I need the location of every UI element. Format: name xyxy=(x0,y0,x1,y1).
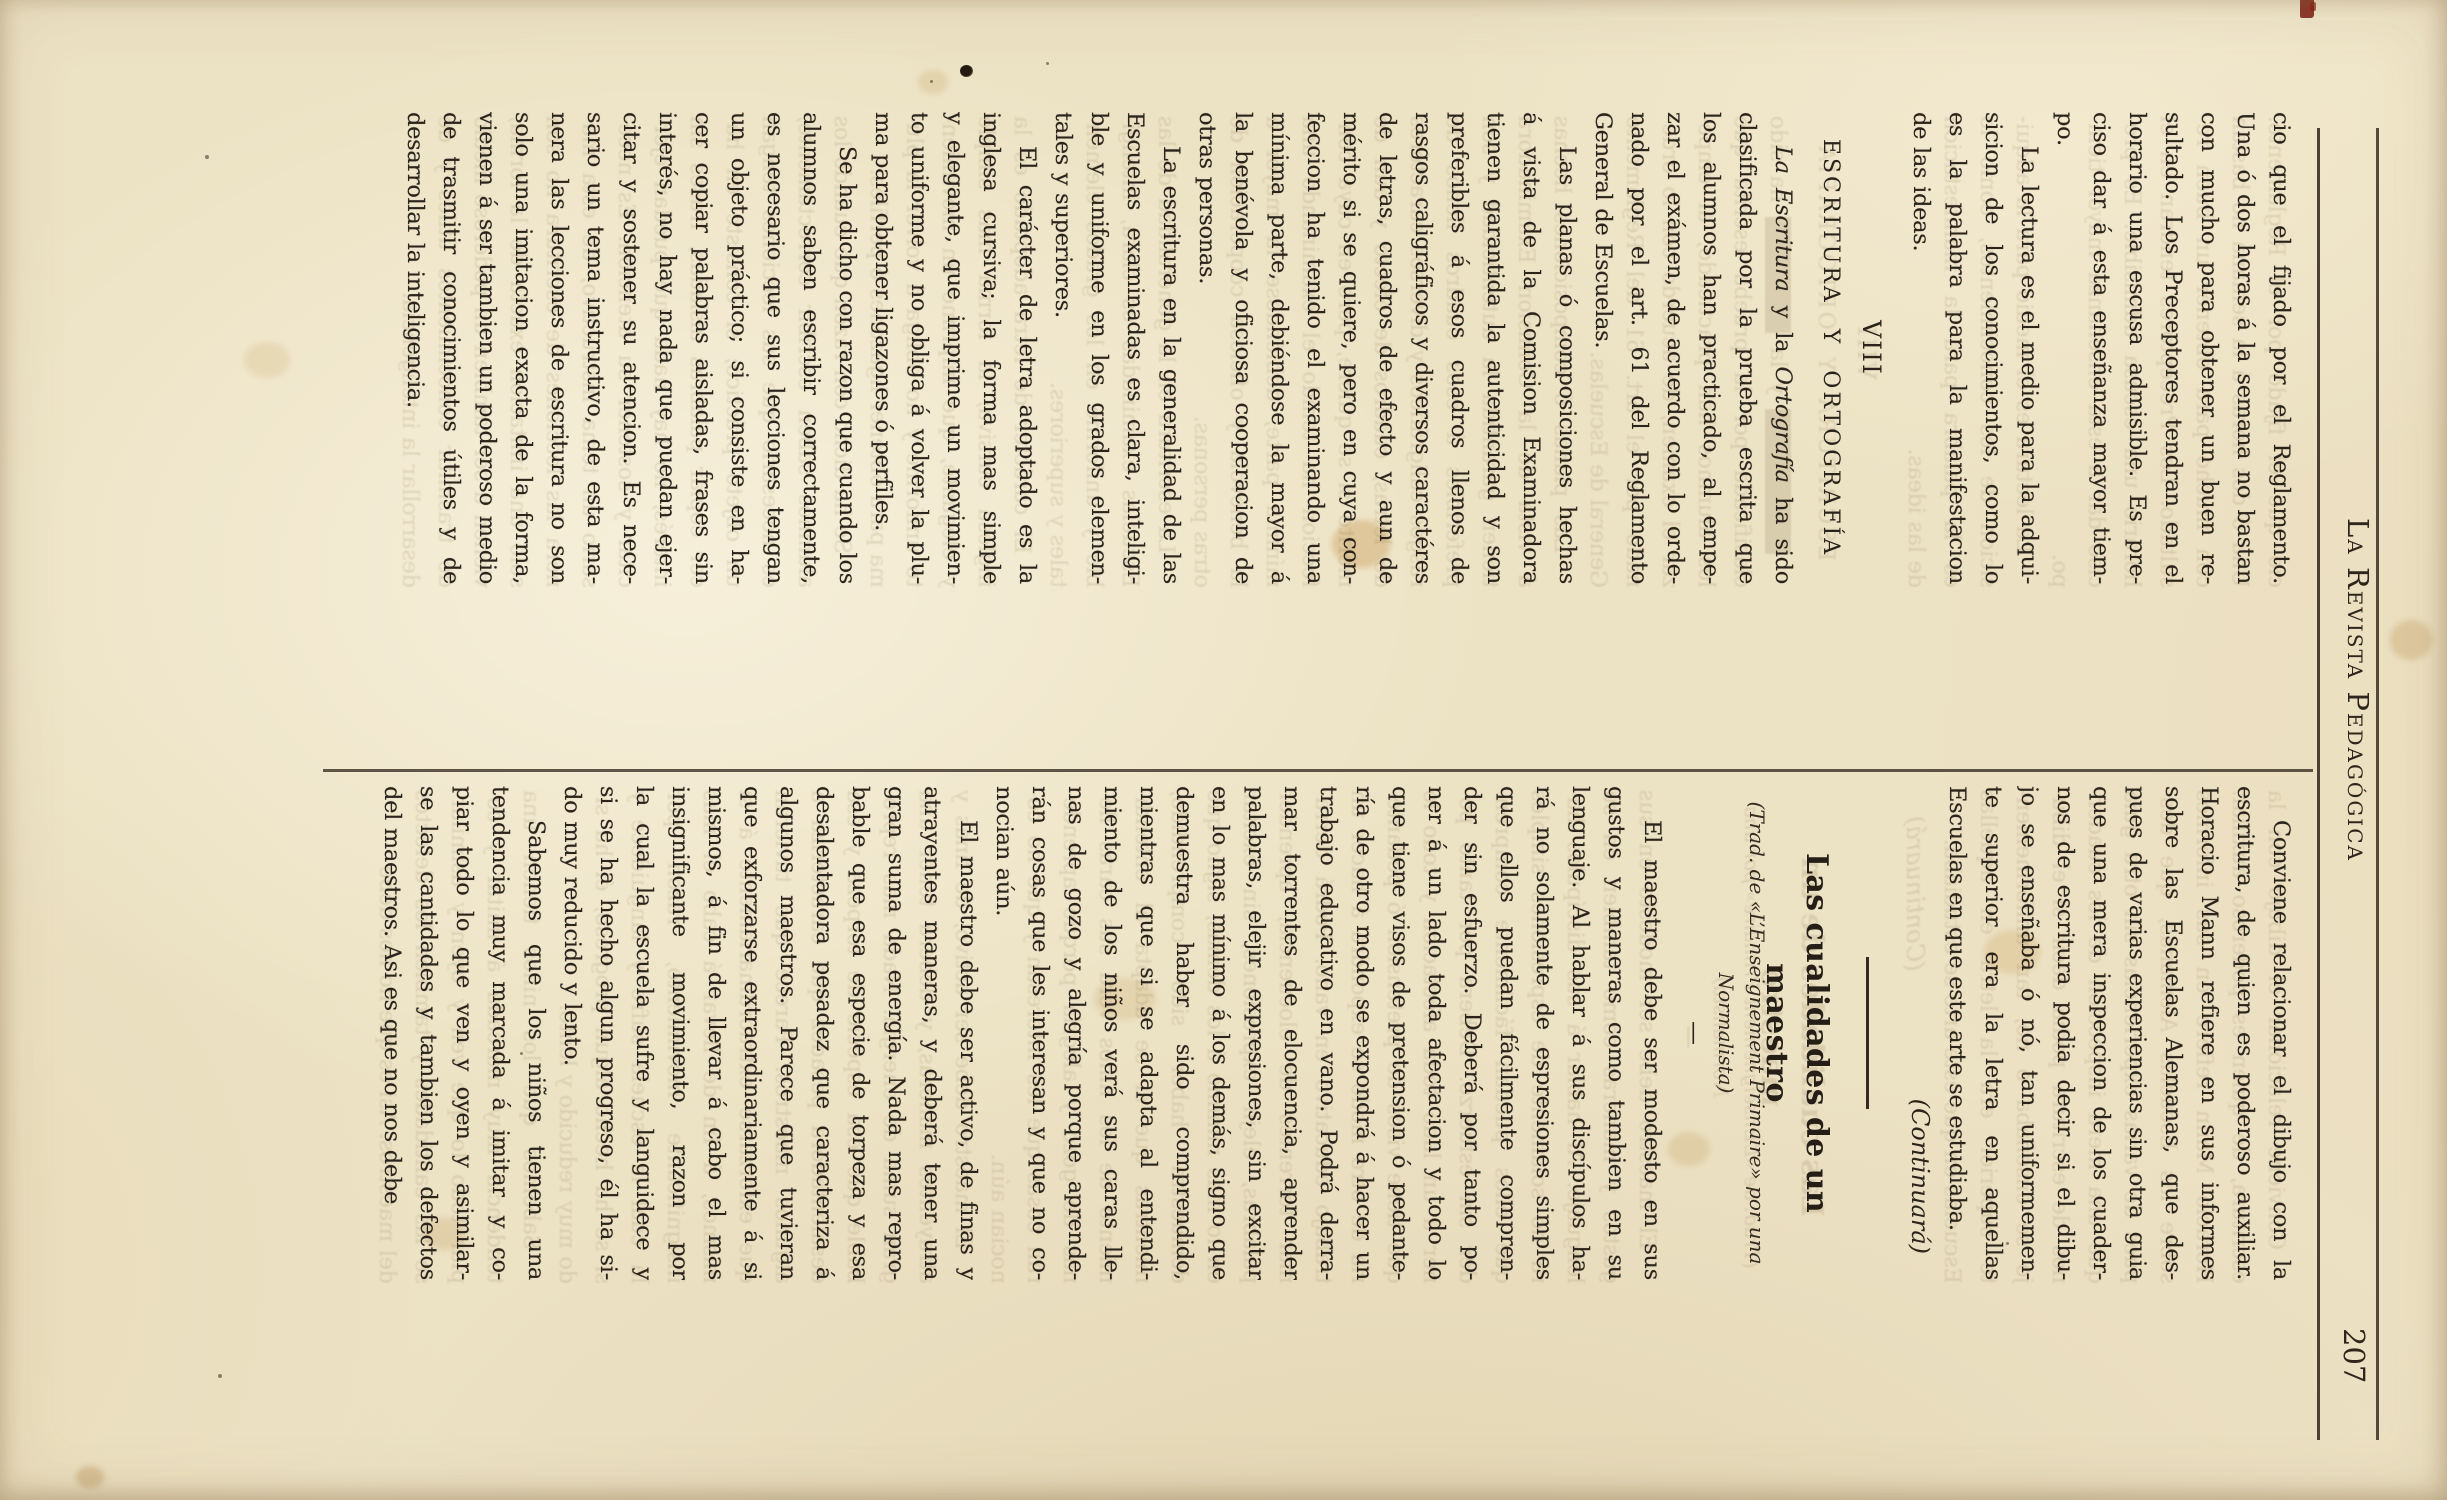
article-title: Las cualidades de un maestro xyxy=(1796,786,1836,1280)
text-line: de letras, cuadros de efecto y aun de xyxy=(1369,112,1405,584)
text-line: escritura, de quien es poderoso auxiliar… xyxy=(2227,786,2263,1280)
text-line: nado por el art. 61 del Reglamento xyxy=(1621,112,1657,584)
scanned-journal-page: La Revista Pedagógica 207 cio que el fij… xyxy=(0,0,2447,1500)
text-line: La Escritura y la Ortografía ha sido xyxy=(1765,112,1801,584)
continuation-note: (Continuará) xyxy=(1903,786,1937,1280)
text-line: ner á un lado toda afectacion y todo lo xyxy=(1418,786,1454,1280)
byline: (Trad. de «L’Enseignement Primaire» por … xyxy=(1741,786,1772,1280)
text-line: sultado. Los Preceptores tendran en el xyxy=(2155,112,2191,584)
text-line: demuestra haber sido comprendido, xyxy=(1166,786,1202,1280)
text-line: nos de escritura podia decir si el dibu- xyxy=(2047,786,2083,1280)
text-line: clasificada por la prueba escrita que xyxy=(1729,112,1765,584)
left-column: cio que el fijado por el Reglamento.Una … xyxy=(397,112,2299,584)
journal-page: La Revista Pedagógica 207 cio que el fij… xyxy=(0,0,2447,1500)
separator-rule xyxy=(1866,957,1869,1109)
byline: Normalista) xyxy=(1710,786,1741,1280)
text-line: to uniforme y no obliga á volver la plu- xyxy=(901,112,937,584)
text-line: que exforzarse extraordinariamente á si xyxy=(734,786,770,1280)
text-line: Escuelas examinadas es clara, inteligi- xyxy=(1117,112,1153,584)
text-line: cer copiar palabras aisladas, frases sin xyxy=(685,112,721,584)
text-line: de las ideas. xyxy=(1903,112,1939,584)
text-line: del maestros. Asi es que no nos debe xyxy=(374,786,410,1280)
text-line: desalentadora pesadez que caracteriza á xyxy=(806,786,842,1280)
text-line: horario una escusa admisible. Es pre- xyxy=(2119,112,2155,584)
text-line: Conviene relacionar el dibujo con la xyxy=(2263,786,2299,1280)
text-line: trabajo educativo en vano. Podrá derra- xyxy=(1310,786,1346,1280)
text-line: los alumnos han practicado, al empe- xyxy=(1693,112,1729,584)
journal-title: La Revista Pedagógica xyxy=(2341,80,2375,1300)
text-line: vienen á ser tambien un poderoso medio xyxy=(469,112,505,584)
text-line: mar torrentes de elocuencia, aprender xyxy=(1274,786,1310,1280)
text-line: sobre las Escuelas Alemanas, que des- xyxy=(2155,786,2191,1280)
text-line: El carácter de letra adoptado es la xyxy=(1009,112,1045,584)
text-line: feccion ha tenido el examinando una xyxy=(1297,112,1333,584)
text-line: insignificante movimiento, razon por xyxy=(662,786,698,1280)
text-line: atrayentes maneras, y deberá tener una xyxy=(914,786,950,1280)
text-line: piar todo lo que ven y oyen y asimilar- xyxy=(446,786,482,1280)
text-line: General de Escuelas. xyxy=(1585,112,1621,584)
text-line: interés, no hay nada que puedan ejer- xyxy=(649,112,685,584)
header-rule-bottom xyxy=(2317,128,2320,1440)
text-line: gran suma de energía. Nada mas repro- xyxy=(878,786,914,1280)
column-divider-rule xyxy=(323,769,2313,772)
text-line: de trasmitir conocimientos útiles y de xyxy=(433,112,469,584)
text-line: sicion de los conocimientos, como lo xyxy=(1975,112,2011,584)
text-line: desarrollar la inteligencia. xyxy=(397,112,433,584)
page-number: 207 xyxy=(2337,1328,2371,1398)
text-line: la cual la escuela sufre y languidece y xyxy=(626,786,662,1280)
text-line: mientras que si se adapta al entendi- xyxy=(1130,786,1166,1280)
text-line: alumnos saben escribir correctamente, xyxy=(793,112,829,584)
section-title-heading: ESCRITURA Y ORTOGRAFÍA xyxy=(1813,112,1847,584)
text-line: ciso dar á esta enseñanza mayor tiem- xyxy=(2083,112,2119,584)
text-line: si se ha hecho algun progreso, él ha si- xyxy=(590,786,626,1280)
text-line: algunos maestros. Parece que tuvieran xyxy=(770,786,806,1280)
text-line: mismos, á fin de llevar á cabo el mas xyxy=(698,786,734,1280)
section-number-heading: VIII xyxy=(1853,112,1889,584)
text-line: sario un tema instructivo, de esta ma- xyxy=(577,112,613,584)
text-line: la benévola y oficiosa cooperacion de xyxy=(1225,112,1261,584)
text-line: que ellos puedan fácilmente compren- xyxy=(1490,786,1526,1280)
text-line: nas de gozo y alegría porque aprende- xyxy=(1058,786,1094,1280)
text-line: preferibles á esos cuadros llenos de xyxy=(1441,112,1477,584)
text-line: citar y sostener su atencion. Es nece- xyxy=(613,112,649,584)
text-line: tienen garantida la autenticidad y son xyxy=(1477,112,1513,584)
text-line: un objeto práctico; si consiste en ha- xyxy=(721,112,757,584)
text-line: miento de los niños verá sus caras lle- xyxy=(1094,786,1130,1280)
text-line: que tiene visos de pretension ó pedante- xyxy=(1382,786,1418,1280)
text-line: El maestro debe ser activo, de finas y xyxy=(950,786,986,1280)
text-line: Las planas ó composiciones hechas xyxy=(1549,112,1585,584)
text-line: cio que el fijado por el Reglamento. xyxy=(2263,112,2299,584)
text-line: que una mera inspeccion de los cuader- xyxy=(2083,786,2119,1280)
text-line: es necesario que sus lecciones tengan xyxy=(757,112,793,584)
text-line: y elegante, que imprime un movimien- xyxy=(937,112,973,584)
text-line: der sin esfuerzo. Deberá por tanto po- xyxy=(1454,786,1490,1280)
text-line: El maestro debe ser modesto en sus xyxy=(1634,786,1670,1280)
text-line: bable que esa especie de torpeza y esa xyxy=(842,786,878,1280)
right-column: Conviene relacionar el dibujo con laescr… xyxy=(374,786,2299,1280)
text-line: rán cosas que les interesan y que no co- xyxy=(1022,786,1058,1280)
text-line: La lectura es el medio para la adqui- xyxy=(2011,112,2047,584)
text-line: po. xyxy=(2047,112,2083,584)
text-line: tales y superiores. xyxy=(1045,112,1081,584)
text-line: Horacio Mann refiere en sus informes xyxy=(2191,786,2227,1280)
text-line: zar el exámen, de acuerdo con lo orde- xyxy=(1657,112,1693,584)
text-line: do muy reducido y lento. xyxy=(554,786,590,1280)
text-line: se las cantidades y tambien los defectos xyxy=(410,786,446,1280)
text-line: Escuelas en que este arte se estudiaba. xyxy=(1939,786,1975,1280)
text-line: mínima parte, debiéndose la mayor á xyxy=(1261,112,1297,584)
text-line: es la palabra para la manifestacion xyxy=(1939,112,1975,584)
text-line: con mucho para obtener un buen re- xyxy=(2191,112,2227,584)
text-line: tendencia muy marcada á imitar y co- xyxy=(482,786,518,1280)
text-line: en lo mas mínimo á los demás, signo que xyxy=(1202,786,1238,1280)
text-line: pues de varias experiencias sin otra gui… xyxy=(2119,786,2155,1280)
header-rule-top xyxy=(2376,128,2379,1440)
text-line: te superior era la letra en aquellas xyxy=(1975,786,2011,1280)
text-line: Sabemos que los niños tienen una xyxy=(518,786,554,1280)
text-line: á vista de la Comision Examinadora xyxy=(1513,112,1549,584)
text-line: Una ó dos horas á la semana no bastan xyxy=(2227,112,2263,584)
text-line: mérito si se quiere, pero en cuya con- xyxy=(1333,112,1369,584)
text-line: ma para obtener ligazones ó perfiles. xyxy=(865,112,901,584)
text-line: Se ha dicho con razon que cuando los xyxy=(829,112,865,584)
text-line: rá no solamente de espresiones simples xyxy=(1526,786,1562,1280)
text-line: ble y uniforme en los grados elemen- xyxy=(1081,112,1117,584)
text-line: solo una imitacion exacta de la forma, xyxy=(505,112,541,584)
text-line: nera las lecciones de escritura no son xyxy=(541,112,577,584)
text-line: palabras, elejir expresiones, sin excita… xyxy=(1238,786,1274,1280)
text-line: jo se enseñaba ó nó, tan uniformemen- xyxy=(2011,786,2047,1280)
text-line: La escritura en la generalidad de las xyxy=(1153,112,1189,584)
text-line: gustos y maneras como tambien en su xyxy=(1598,786,1634,1280)
text-line: ría de otro modo se expondrá á hacer un xyxy=(1346,786,1382,1280)
text-line: nocian aún. xyxy=(986,786,1022,1280)
separator-dash: — xyxy=(1680,786,1706,1280)
text-line: otras personas. xyxy=(1189,112,1225,584)
text-line: rasgos caligráficos y diversos caractére… xyxy=(1405,112,1441,584)
text-line: lenguaje. Al hablar á sus discípulos ha- xyxy=(1562,786,1598,1280)
text-line: inglesa cursiva; la forma mas simple xyxy=(973,112,1009,584)
